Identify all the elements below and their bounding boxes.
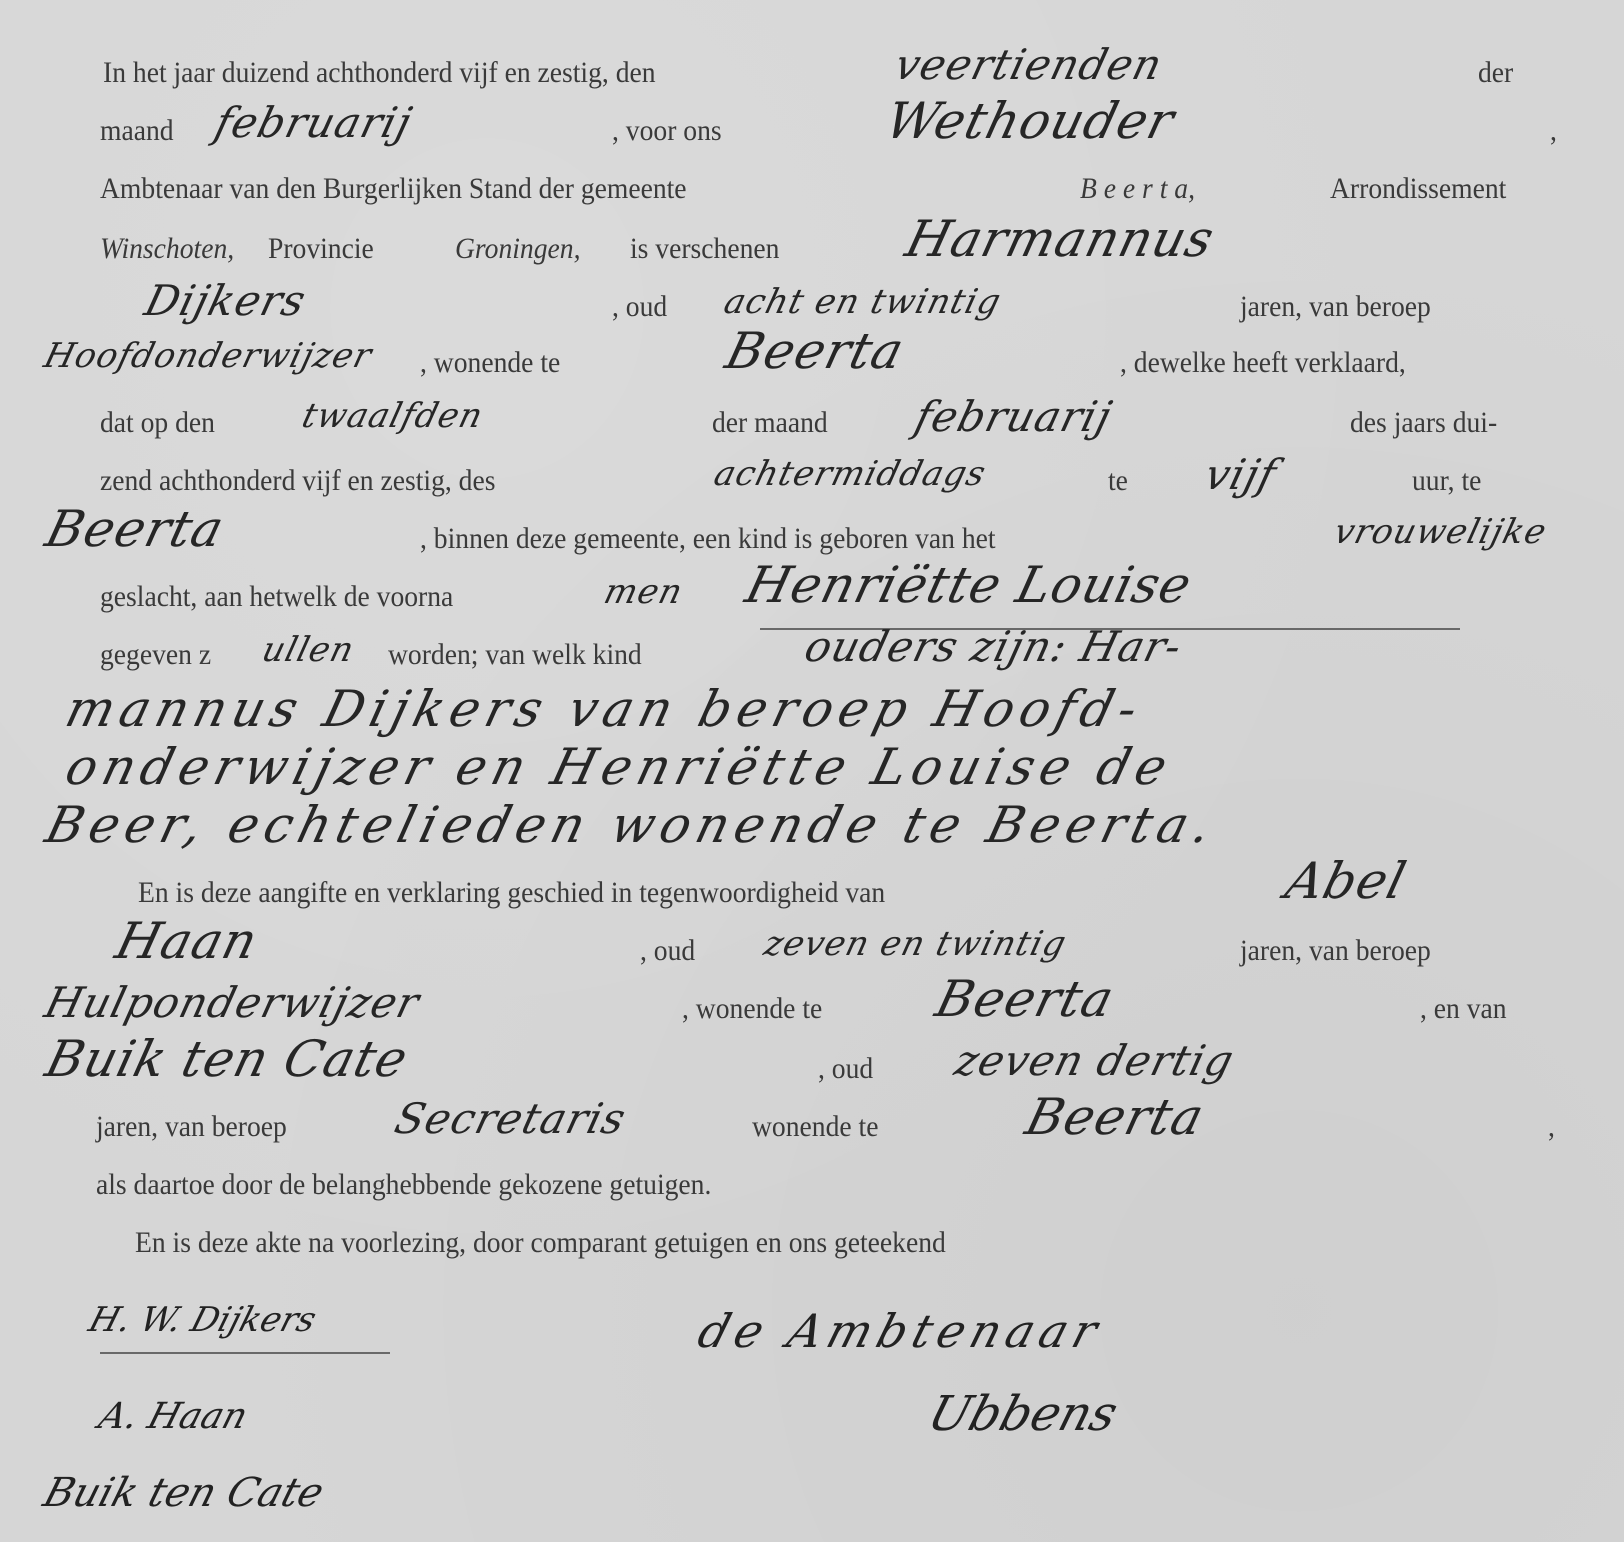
text-line-3b: Arrondissement: [1330, 172, 1506, 206]
handwritten-witness1-occupation: Hulponderwijzer: [40, 978, 425, 1027]
handwritten-residence: Beerta: [720, 322, 910, 380]
text-line-1b: der: [1478, 56, 1513, 90]
handwritten-witness1-age: zeven en twintig: [760, 924, 1071, 964]
province-name: Groningen,: [455, 232, 580, 266]
text-line-10a: geslacht, aan hetwelk de voorna: [100, 580, 453, 614]
handwritten-day: veertienden: [890, 40, 1168, 89]
text-line-21: En is deze akte na voorlezing, door comp…: [135, 1226, 946, 1260]
signature-declarant: H. W. Dijkers: [84, 1300, 320, 1340]
text-line-16a: , oud: [640, 934, 695, 968]
handwritten-official-role: Wethouder: [880, 92, 1180, 150]
text-line-7a: dat op den: [100, 406, 215, 440]
text-line-19c: ,: [1548, 1110, 1555, 1144]
handwritten-witness2-residence: Beerta: [1020, 1088, 1210, 1146]
handwritten-witness1-first-name: Abel: [1280, 852, 1412, 910]
text-line-16b: jaren, van beroep: [1240, 934, 1431, 968]
handwritten-time-of-day: achtermiddags: [710, 454, 990, 494]
handwritten-child-name: Henriëtte Louise: [740, 556, 1198, 614]
handwritten-parents-line-2: onderwijzer en Henriëtte Louise de: [60, 738, 1179, 796]
text-line-7b: der maand: [712, 406, 828, 440]
text-line-11a: gegeven z: [100, 638, 211, 672]
text-line-2c: ,: [1550, 114, 1557, 148]
text-line-4b: is verschenen: [630, 232, 779, 266]
text-line-15a: En is deze aangifte en verklaring geschi…: [138, 876, 885, 910]
handwritten-month: februarij: [210, 98, 417, 147]
text-line-17a: , wonende te: [682, 992, 822, 1026]
handwritten-sex: vrouwelijke: [1330, 512, 1551, 552]
handwritten-parents-line-3: Beer, echtelieden wonende te Beerta.: [40, 796, 1223, 854]
signature-official-title: de Ambtenaar: [692, 1304, 1109, 1358]
text-line-4a: Provincie: [268, 232, 374, 266]
text-line-3a: Ambtenaar van den Burgerlijken Stand der…: [100, 172, 687, 206]
municipality-name: B e e r t a,: [1080, 172, 1195, 206]
handwritten-birth-day: twaalfden: [298, 396, 488, 436]
handwritten-witness2-occupation: Secretaris: [390, 1094, 631, 1143]
text-line-18a: , oud: [818, 1052, 873, 1086]
signature-declarant-underline: [100, 1352, 390, 1354]
handwritten-declarant-surname: Dijkers: [140, 276, 311, 325]
signature-witness1: A. Haan: [94, 1396, 252, 1437]
text-line-8b: te: [1108, 464, 1128, 498]
handwritten-declarant-occupation: Hoofdonderwijzer: [40, 336, 376, 376]
signature-witness2: Buik ten Cate: [38, 1470, 329, 1516]
text-line-1a: In het jaar duizend achthonderd vijf en …: [103, 56, 656, 90]
text-line-19a: jaren, van beroep: [96, 1110, 287, 1144]
handwritten-declarant-first-name: Harmannus: [900, 210, 1220, 268]
text-line-8a: zend achthonderd vijf en zestig, des: [100, 464, 495, 498]
handwritten-parents-line-1: mannus Dijkers van beroep Hoofd-: [60, 680, 1149, 738]
text-line-7c: des jaars dui-: [1350, 406, 1497, 440]
handwritten-birth-place: Beerta: [40, 500, 230, 558]
handwritten-hour: vijf: [1200, 450, 1282, 499]
handwritten-witness2-age: zeven dertig: [950, 1036, 1239, 1085]
handwritten-zullen: ullen: [258, 630, 359, 670]
text-line-5b: jaren, van beroep: [1240, 290, 1431, 324]
handwritten-witness1-residence: Beerta: [930, 970, 1120, 1028]
handwritten-parents-intro: ouders zijn: Har-: [800, 622, 1187, 671]
text-line-2a: maand: [100, 114, 174, 148]
text-line-6a: , wonende te: [420, 346, 560, 380]
text-line-20: als daartoe door de belanghebbende gekoz…: [96, 1168, 711, 1202]
signature-official-name: Ubbens: [922, 1386, 1124, 1442]
handwritten-men: men: [600, 572, 687, 612]
handwritten-birth-month: februarij: [910, 392, 1117, 441]
handwritten-witness2-name: Buik ten Cate: [40, 1030, 414, 1088]
text-line-8c: uur, te: [1412, 464, 1481, 498]
text-line-5a: , oud: [612, 290, 667, 324]
handwritten-declarant-age: acht en twintig: [720, 282, 1005, 322]
text-line-19b: wonende te: [752, 1110, 878, 1144]
text-line-17b: , en van: [1420, 992, 1507, 1026]
text-line-11b: worden; van welk kind: [388, 638, 642, 672]
text-line-9a: , binnen deze gemeente, een kind is gebo…: [420, 522, 996, 556]
handwritten-witness1-surname: Haan: [110, 912, 264, 970]
text-line-6b: , dewelke heeft verklaard,: [1120, 346, 1406, 380]
district-name: Winschoten,: [100, 232, 234, 266]
document-page: In het jaar duizend achthonderd vijf en …: [0, 0, 1624, 1542]
text-line-2b: , voor ons: [612, 114, 722, 148]
